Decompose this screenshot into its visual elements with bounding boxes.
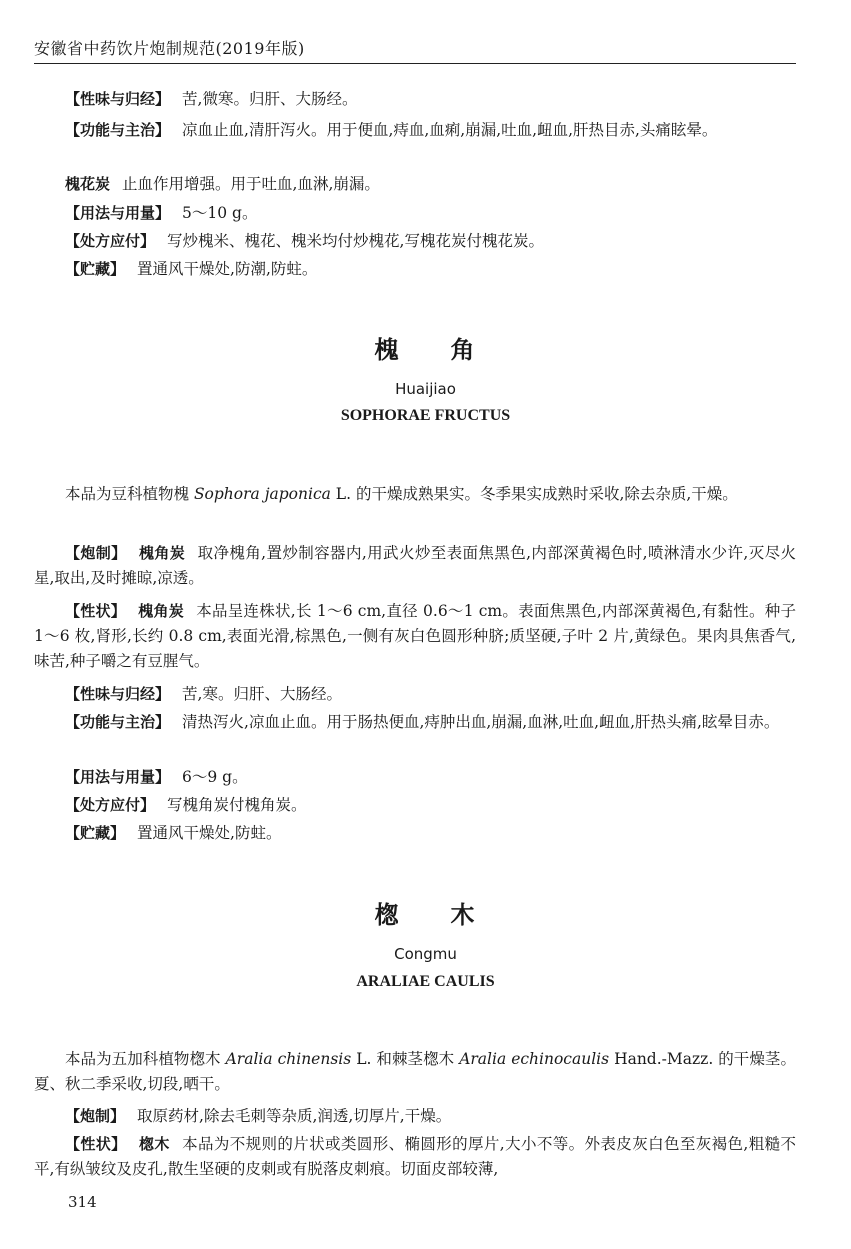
prev-yongfa: 【用法与用量】5～10 g。: [34, 201, 796, 226]
section-label: 【处方应付】: [65, 796, 155, 814]
entry2-paozhi: 【炮制】取原药材,除去毛刺等杂质,润透,切厚片,干燥。: [34, 1104, 796, 1129]
entry1-source: 本品为豆科植物槐 Sophora japonica L. 的干燥成熟果实。冬季果…: [34, 482, 796, 507]
prev-tan: 槐花炭止血作用增强。用于吐血,血淋,崩漏。: [34, 172, 796, 197]
species-name: Aralia chinensis: [226, 1050, 352, 1068]
section-text: 置通风干燥处,防潮,防蛀。: [137, 260, 317, 278]
section-label: 【性味与归经】: [65, 685, 170, 703]
entry2-title: 楤木: [0, 895, 851, 930]
section-label: 【功能与主治】: [65, 121, 170, 139]
section-text: 苦,微寒。归肝、大肠经。: [182, 90, 357, 108]
section-label: 【用法与用量】: [65, 768, 170, 786]
section-text: 5～10 g。: [182, 204, 257, 222]
entry1-paozhi: 【炮制】槐角炭取净槐角,置炒制容器内,用武火炒至表面焦黑色,内部深黄褐色时,喷淋…: [34, 541, 796, 591]
entry2-latin-name: ARALIAE CAULIS: [0, 973, 851, 991]
entry1-yongfa: 【用法与用量】6～9 g。: [34, 765, 796, 790]
entry1-latin-name: SOPHORAE FRUCTUS: [0, 407, 851, 425]
species-name: Aralia echinocaulis: [459, 1050, 609, 1068]
section-label: 【贮藏】: [65, 260, 125, 278]
section-text: 写炒槐米、槐花、槐米均付炒槐花,写槐花炭付槐花炭。: [167, 232, 544, 250]
entry2-source: 本品为五加科植物楤木 Aralia chinensis L. 和棘茎楤木 Ara…: [34, 1047, 796, 1097]
section-label: 【处方应付】: [65, 232, 155, 250]
section-label: 【性状】: [65, 1135, 127, 1153]
entry2-xingzhuang: 【性状】楤木本品为不规则的片状或类圆形、椭圆形的厚片,大小不等。外表皮灰白色至灰…: [34, 1132, 796, 1182]
section-text: 凉血止血,清肝泻火。用于便血,痔血,血痢,崩漏,吐血,衄血,肝热目赤,头痛眩晕。: [182, 121, 717, 139]
entry1-zhucang: 【贮藏】置通风干燥处,防蛀。: [34, 821, 796, 846]
sub-label: 槐角炭: [139, 544, 186, 562]
section-label: 【贮藏】: [65, 824, 125, 842]
entry1-title: 槐角: [0, 330, 851, 365]
entry2-pinyin: Congmu: [0, 945, 851, 963]
prev-chufang: 【处方应付】写炒槐米、槐花、槐米均付炒槐花,写槐花炭付槐花炭。: [34, 229, 796, 254]
prev-gongneng: 【功能与主治】凉血止血,清肝泻火。用于便血,痔血,血痢,崩漏,吐血,衄血,肝热目…: [34, 118, 796, 143]
section-label: 【性状】: [65, 602, 126, 620]
sub-label: 楤木: [139, 1135, 170, 1153]
entry1-chufang: 【处方应付】写槐角炭付槐角炭。: [34, 793, 796, 818]
entry1-pinyin: Huaijiao: [0, 380, 851, 398]
header-rule: [34, 63, 796, 64]
entry1-xingwei: 【性味与归经】苦,寒。归肝、大肠经。: [34, 682, 796, 707]
section-text: 止血作用增强。用于吐血,血淋,崩漏。: [122, 175, 380, 193]
section-label: 【炮制】: [65, 1107, 125, 1125]
entry1-gongneng: 【功能与主治】清热泻火,凉血止血。用于肠热便血,痔肿出血,崩漏,血淋,吐血,衄血…: [34, 710, 796, 735]
running-head: 安徽省中药饮片炮制规范(2019年版): [34, 36, 305, 59]
page-number: 314: [68, 1193, 97, 1211]
entry1-xingzhuang: 【性状】槐角炭本品呈连株状,长 1～6 cm,直径 0.6～1 cm。表面焦黑色…: [34, 599, 796, 674]
prev-xingwei: 【性味与归经】苦,微寒。归肝、大肠经。: [34, 87, 796, 112]
section-label: 【功能与主治】: [65, 713, 170, 731]
section-label: 【炮制】: [65, 544, 127, 562]
section-label: 【用法与用量】: [65, 204, 170, 222]
prev-zhucang: 【贮藏】置通风干燥处,防潮,防蛀。: [34, 257, 796, 282]
sub-label: 槐花炭: [65, 175, 110, 193]
sub-label: 槐角炭: [138, 602, 184, 620]
section-label: 【性味与归经】: [65, 90, 170, 108]
species-name: Sophora japonica: [194, 485, 331, 503]
